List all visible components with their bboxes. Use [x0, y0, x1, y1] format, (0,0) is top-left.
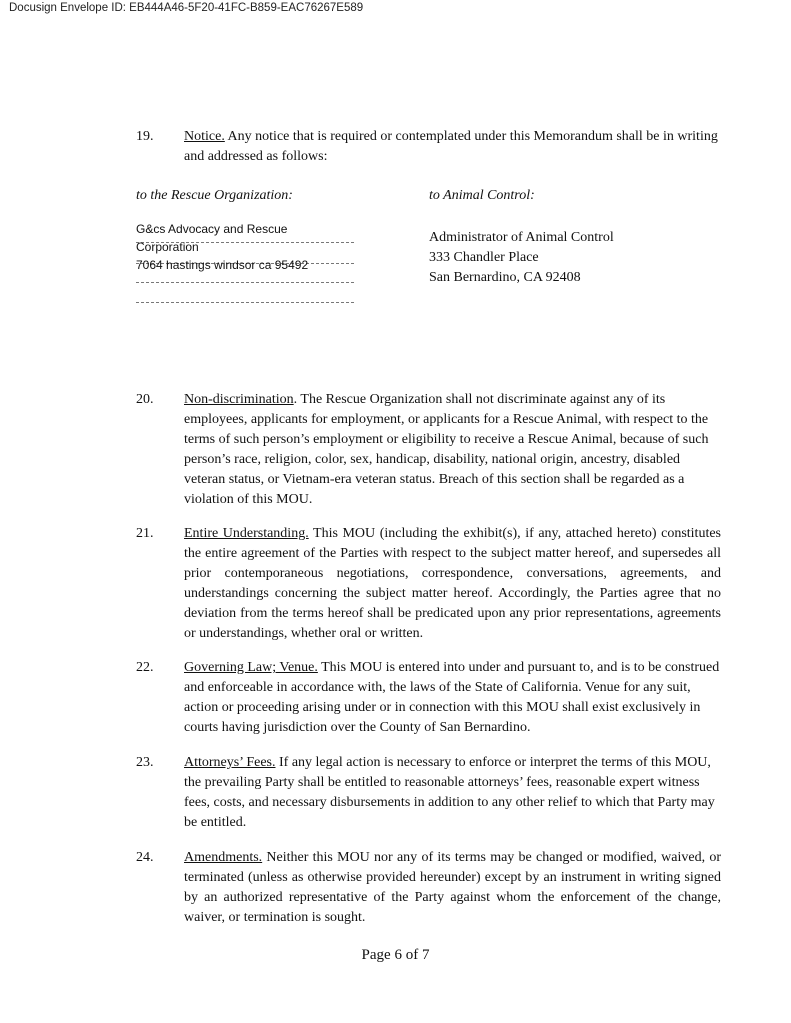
section-21: 21. Entire Understanding. This MOU (incl…: [136, 524, 721, 644]
section-19: 19. Notice. Any notice that is required …: [136, 127, 721, 167]
signature-line: [136, 302, 354, 303]
section-number: 22.: [136, 658, 154, 678]
section-20: 20. Non-discrimination. The Rescue Organ…: [136, 390, 721, 510]
page-number: Page 6 of 7: [0, 947, 791, 964]
section-number: 21.: [136, 524, 154, 544]
envelope-id: Docusign Envelope ID: EB444A46-5F20-41FC…: [9, 2, 363, 14]
section-text: . The Rescue Organization shall not disc…: [184, 392, 708, 507]
animal-control-address: Administrator of Animal Control 333 Chan…: [429, 228, 614, 288]
section-24: 24. Amendments. Neither this MOU nor any…: [136, 848, 721, 928]
signature-line: [136, 282, 354, 283]
animal-control-address-line: San Bernardino, CA 92408: [429, 268, 614, 288]
section-number: 23.: [136, 753, 154, 773]
section-heading: Non-discrimination: [184, 392, 294, 407]
rescue-address-line: G&cs Advocacy and Rescue: [136, 222, 287, 236]
section-heading: Attorneys’ Fees.: [184, 755, 276, 770]
section-text: Any notice that is required or contempla…: [184, 129, 718, 164]
section-number: 19.: [136, 127, 154, 147]
section-number: 20.: [136, 390, 154, 410]
animal-control-address-line: 333 Chandler Place: [429, 248, 614, 268]
animal-control-label: to Animal Control:: [429, 188, 535, 204]
section-number: 24.: [136, 848, 154, 868]
animal-control-address-line: Administrator of Animal Control: [429, 228, 614, 248]
rescue-address-line: 7064 hastings windsor ca 95492: [136, 258, 308, 272]
rescue-org-label: to the Rescue Organization:: [136, 188, 293, 204]
section-23: 23. Attorneys’ Fees. If any legal action…: [136, 753, 721, 833]
section-heading: Notice.: [184, 129, 225, 144]
section-text: This MOU (including the exhibit(s), if a…: [184, 526, 721, 641]
rescue-address-line: Corporation: [136, 240, 199, 254]
section-22: 22. Governing Law; Venue. This MOU is en…: [136, 658, 721, 738]
section-heading: Entire Understanding.: [184, 526, 309, 541]
section-heading: Governing Law; Venue.: [184, 660, 318, 675]
section-heading: Amendments.: [184, 850, 262, 865]
section-text: Neither this MOU nor any of its terms ma…: [184, 850, 721, 925]
